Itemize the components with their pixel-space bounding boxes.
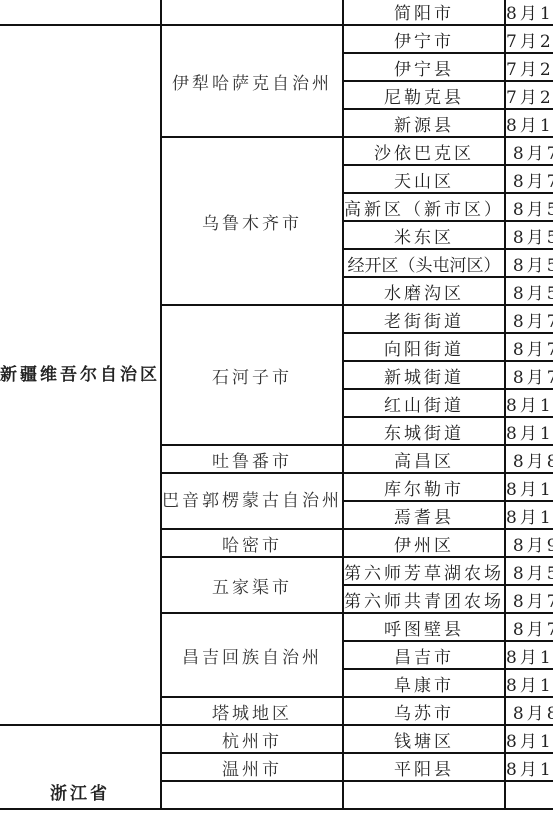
city-cell-empty	[161, 0, 343, 25]
date-cell: 8月12日	[505, 725, 553, 753]
date-cell-empty	[505, 781, 553, 809]
district-cell: 阜康市	[343, 669, 505, 697]
city-cell: 乌鲁木齐市	[161, 137, 343, 305]
date-cell: 8月14日	[505, 501, 553, 529]
district-cell: 钱塘区	[343, 725, 505, 753]
city-cell: 伊犁哈萨克自治州	[161, 25, 343, 137]
date-cell: 8月8日	[505, 697, 553, 725]
city-cell: 温州市	[161, 753, 343, 781]
date-cell: 8月7日	[505, 613, 553, 641]
date-cell: 8月15日	[505, 0, 553, 25]
district-cell: 水磨沟区	[343, 277, 505, 305]
district-cell: 伊宁县	[343, 53, 505, 81]
table-row: 浙江省 杭州市 钱塘区 8月12日	[0, 725, 553, 753]
city-cell: 杭州市	[161, 725, 343, 753]
district-cell: 沙依巴克区	[343, 137, 505, 165]
risk-area-table: 简阳市 8月15日 新疆维吾尔自治区 伊犁哈萨克自治州 伊宁市 7月27日 伊宁…	[0, 0, 553, 810]
district-cell: 第六师共青团农场	[343, 585, 505, 613]
date-cell: 8月5日	[505, 277, 553, 305]
province-name: 新疆维吾尔自治区	[0, 365, 160, 385]
date-cell: 8月7日	[505, 137, 553, 165]
district-cell: 尼勒克县	[343, 81, 505, 109]
date-cell: 8月8日	[505, 445, 553, 473]
date-cell: 8月15日	[505, 641, 553, 669]
table-row: 简阳市 8月15日	[0, 0, 553, 25]
district-cell: 昌吉市	[343, 641, 505, 669]
date-cell: 8月5日	[505, 249, 553, 277]
date-cell: 8月16日	[505, 417, 553, 445]
date-cell: 8月10日	[505, 473, 553, 501]
province-name: 浙江省	[50, 784, 110, 804]
city-cell: 哈密市	[161, 529, 343, 557]
district-cell: 简阳市	[343, 0, 505, 25]
city-cell: 塔城地区	[161, 697, 343, 725]
city-cell: 巴音郭楞蒙古自治州	[161, 473, 343, 529]
city-cell-empty	[161, 781, 343, 809]
date-cell: 8月7日	[505, 361, 553, 389]
date-cell: 8月5日	[505, 221, 553, 249]
city-cell: 五家渠市	[161, 557, 343, 613]
district-cell-empty	[343, 781, 505, 809]
date-cell: 8月7日	[505, 305, 553, 333]
province-cell-xinjiang: 新疆维吾尔自治区	[0, 25, 161, 725]
district-cell: 东城街道	[343, 417, 505, 445]
district-cell: 伊州区	[343, 529, 505, 557]
date-cell: 8月5日	[505, 557, 553, 585]
district-cell: 新城街道	[343, 361, 505, 389]
district-cell: 天山区	[343, 165, 505, 193]
date-cell: 8月16日	[505, 389, 553, 417]
date-cell: 7月27日	[505, 81, 553, 109]
date-cell: 7月27日	[505, 25, 553, 53]
district-cell: 库尔勒市	[343, 473, 505, 501]
district-cell: 新源县	[343, 109, 505, 137]
date-cell: 8月5日	[505, 193, 553, 221]
district-cell: 第六师芳草湖农场	[343, 557, 505, 585]
district-cell: 向阳街道	[343, 333, 505, 361]
district-cell: 焉耆县	[343, 501, 505, 529]
province-cell-zhejiang: 浙江省	[0, 725, 161, 809]
date-cell: 8月9日	[505, 529, 553, 557]
district-cell: 经开区（头屯河区）	[343, 249, 505, 277]
date-cell: 8月12日	[505, 109, 553, 137]
district-cell: 伊宁市	[343, 25, 505, 53]
district-cell: 高昌区	[343, 445, 505, 473]
date-cell: 8月15日	[505, 669, 553, 697]
district-cell: 呼图壁县	[343, 613, 505, 641]
city-cell: 吐鲁番市	[161, 445, 343, 473]
date-cell: 8月7日	[505, 585, 553, 613]
date-cell: 7月27日	[505, 53, 553, 81]
date-cell: 8月7日	[505, 165, 553, 193]
district-cell: 乌苏市	[343, 697, 505, 725]
table-row: 新疆维吾尔自治区 伊犁哈萨克自治州 伊宁市 7月27日	[0, 25, 553, 53]
district-cell: 平阳县	[343, 753, 505, 781]
date-cell: 8月7日	[505, 333, 553, 361]
district-cell: 米东区	[343, 221, 505, 249]
district-cell: 红山街道	[343, 389, 505, 417]
date-cell: 8月12日	[505, 753, 553, 781]
district-cell: 高新区（新市区）	[343, 193, 505, 221]
city-cell: 石河子市	[161, 305, 343, 445]
province-cell-empty	[0, 0, 161, 25]
district-cell: 老街街道	[343, 305, 505, 333]
city-cell: 昌吉回族自治州	[161, 613, 343, 697]
